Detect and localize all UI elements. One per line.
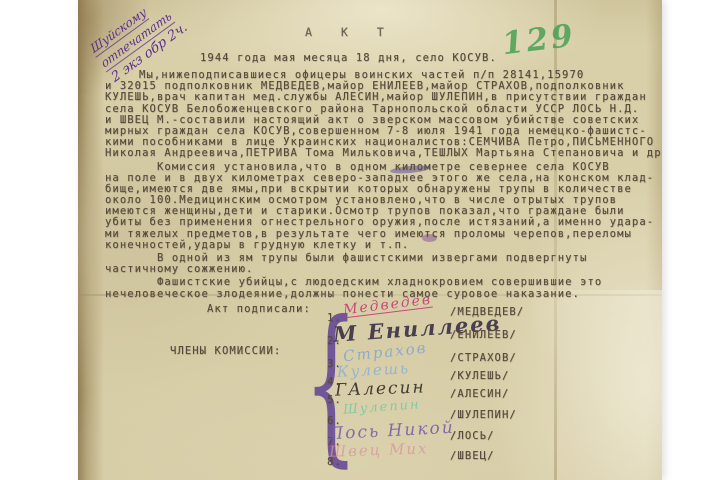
date-line: 1944 года мая месяца 18 дня, село КОСУВ. [200,52,497,64]
ink-brace: { [304,300,317,472]
handwritten-signature: Швец Мих [329,439,429,460]
body-line: КУЛЕШЬ,врач капитан мед.службы АЛЕСИН,ма… [105,92,661,103]
body-line: Комиссия установила,что в одном километр… [105,162,661,173]
document-page: Шуйскому отпечатать 2 экз обр 2ч. 129 А … [78,0,662,480]
document-body: Мы,нижеподписавшиеся офицеры воинских ча… [105,70,661,302]
signatory-row: 8. Швец Мих /ШВЕЦ/ [327,450,647,470]
typed-name: /ЛОСЬ/ [450,430,495,442]
typed-name: /ШУЛЕПИН/ [450,409,517,421]
typed-name: /ШВЕЦ/ [450,450,495,462]
typed-name: /АЛЕСИН/ [450,388,509,400]
typed-name: /ЕНИЛЕЕВ/ [450,329,517,341]
document-photo: Шуйскому отпечатать 2 экз обр 2ч. 129 А … [0,0,720,480]
body-line: конечностей,удары в грудную клетку и т.п… [105,240,661,251]
paragraph: Комиссия установила,что в одном километр… [105,162,661,252]
typed-name: /СТРАХОВ/ [450,352,517,364]
page-number-handwritten: 129 [500,18,578,63]
body-line: Фашистские убийцы,с людоедским хладнокро… [105,277,661,288]
commission-members-label: ЧЛЕНЫ КОМИССИИ: [170,345,281,357]
body-line: частичному сожжению. [105,264,661,275]
body-line: убиты без применения огнестрельного оруж… [105,217,661,228]
paragraph: Мы,нижеподписавшиеся офицеры воинских ча… [105,70,661,160]
typed-name: /КУЛЕШЬ/ [450,370,509,382]
document-title: А К Т [305,25,395,39]
body-line: Николая Андреевича,ПЕТРИВА Тома Милькови… [105,148,661,159]
signed-label: Акт подписали: [207,303,311,315]
paragraph: В одной из ям трупы были фашистскими изв… [105,253,661,275]
